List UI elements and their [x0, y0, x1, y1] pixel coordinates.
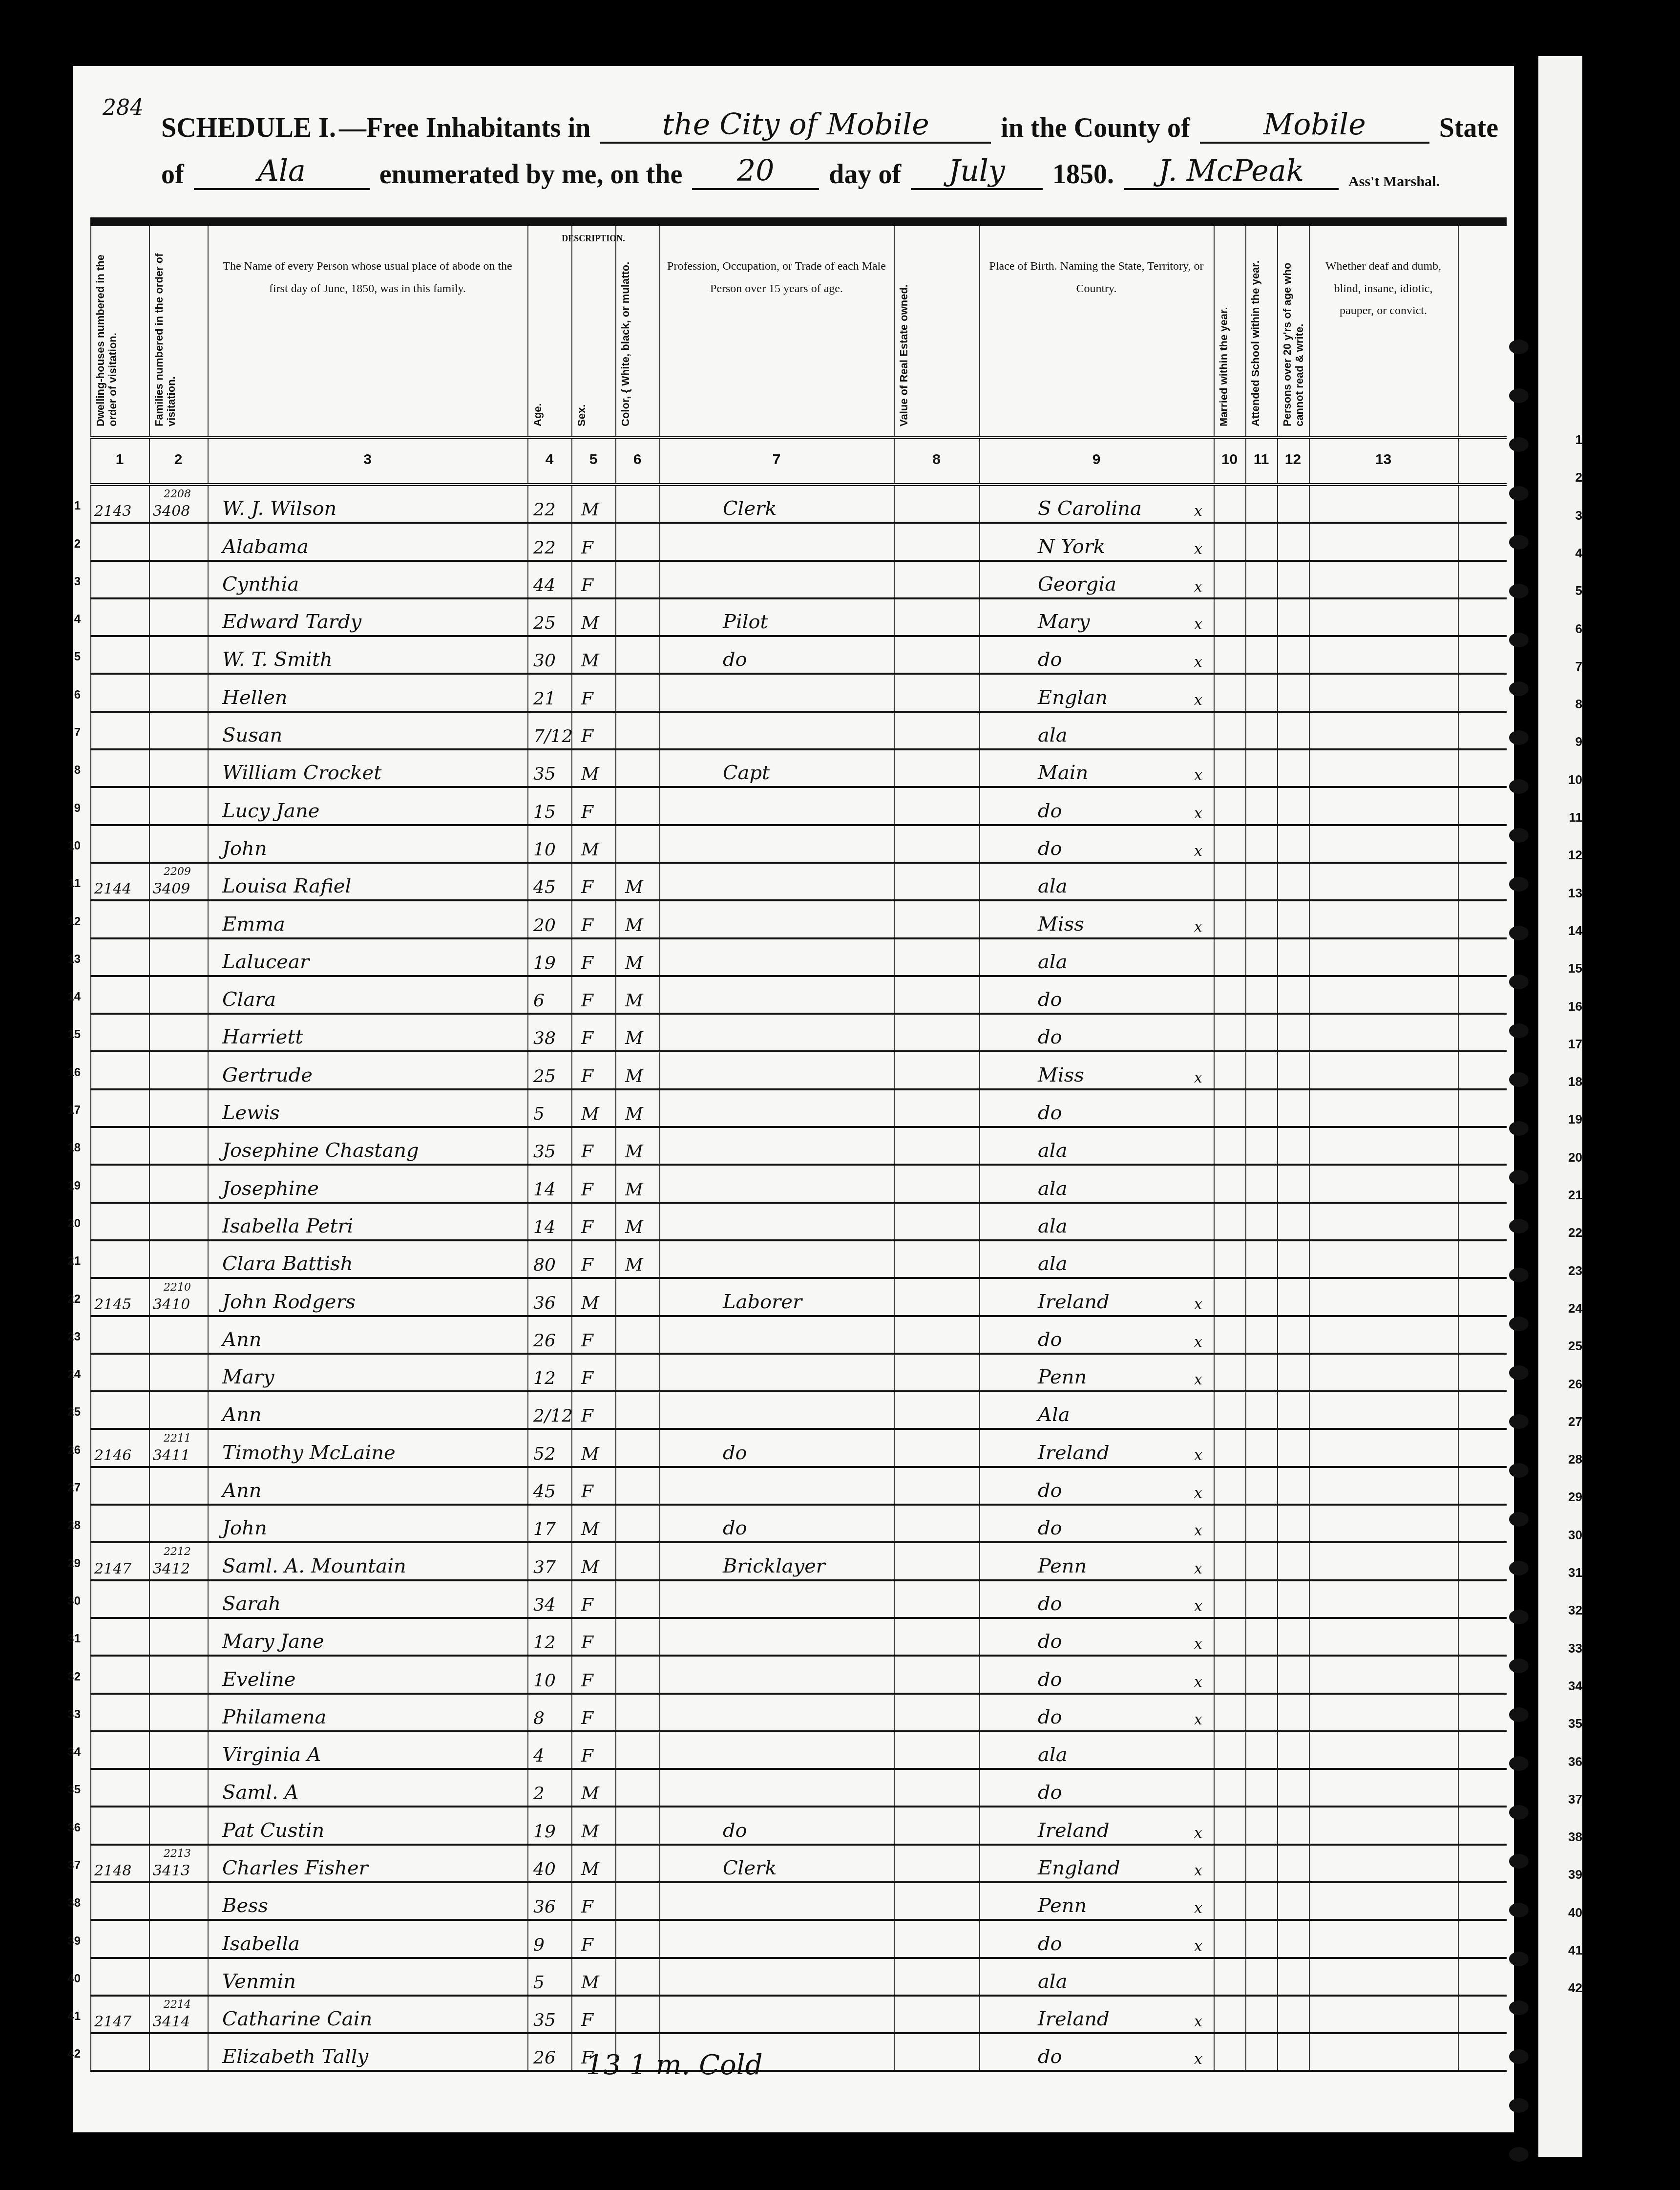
column-rule — [149, 1732, 150, 1768]
column-header-5: Sex. — [575, 236, 611, 426]
column-rule — [1309, 1619, 1310, 1655]
age-value: 10 — [533, 840, 556, 860]
age-value: 35 — [533, 2010, 556, 2030]
column-rule — [527, 750, 528, 786]
column-rule — [615, 1128, 616, 1164]
column-rule — [979, 901, 980, 937]
sex-value: M — [581, 500, 599, 520]
column-rule — [659, 1430, 660, 1466]
binding-hole — [1509, 1219, 1529, 1233]
column-rule — [90, 901, 91, 937]
next-page-line-number: 30 — [1568, 1528, 1582, 1543]
column-rule — [571, 1921, 572, 1956]
column-rule — [1309, 1279, 1310, 1315]
column-rule — [659, 1657, 660, 1692]
line-number: 2 — [56, 537, 81, 551]
next-page-line-number: 20 — [1568, 1150, 1582, 1165]
column-rule — [1245, 864, 1246, 899]
column-rule — [1277, 1921, 1278, 1956]
column-rule — [1277, 1883, 1278, 1919]
column-rule — [1309, 1090, 1310, 1126]
column-rule — [979, 1770, 980, 1806]
person-name: Lucy Jane — [222, 800, 319, 822]
column-rule — [615, 750, 616, 786]
column-rule — [659, 1128, 660, 1164]
person-name: Cynthia — [222, 573, 299, 595]
column-rule — [571, 864, 572, 899]
birthplace-value: do — [1038, 1026, 1062, 1048]
line-number: 32 — [56, 1670, 81, 1684]
line-number: 14 — [56, 990, 81, 1004]
column-10-mark: x — [1194, 1485, 1202, 1502]
column-rule — [149, 1846, 150, 1881]
census-table: Dwelling-houses numbered in the order of… — [90, 217, 1507, 2072]
age-value: 12 — [533, 1633, 556, 1653]
column-rule — [527, 788, 528, 824]
column-rule — [90, 1279, 91, 1315]
column-rule — [208, 1279, 209, 1315]
birthplace-value: Englan — [1038, 686, 1108, 709]
column-rule — [979, 1392, 980, 1428]
column-rule — [571, 1657, 572, 1692]
column-rule — [1458, 1506, 1459, 1541]
line-number: 42 — [56, 2047, 81, 2061]
column-rule — [615, 864, 616, 899]
person-name: Saml. A. Mountain — [222, 1555, 406, 1577]
age-value: 2/12 — [533, 1406, 573, 1426]
marshal-label: Ass't Marshal. — [1348, 173, 1440, 190]
occupation-value: Capt — [723, 762, 770, 784]
next-page-line-number: 7 — [1568, 659, 1582, 674]
column-rule — [894, 1997, 895, 2032]
line-number: 30 — [56, 1595, 81, 1608]
occupation-value: do — [723, 648, 747, 671]
next-page-line-number: 35 — [1568, 1716, 1582, 1731]
column-rule — [149, 1468, 150, 1504]
column-rule — [208, 486, 209, 522]
line-number: 18 — [56, 1141, 81, 1155]
column-number-5: 5 — [571, 451, 615, 468]
birthplace-value: do — [1038, 1630, 1062, 1653]
column-rule — [1277, 486, 1278, 522]
line-number: 22 — [56, 1293, 81, 1306]
column-rule — [90, 562, 91, 597]
family-number: 3408 — [153, 503, 190, 520]
column-rule — [1458, 1543, 1459, 1579]
binding-hole — [1509, 1512, 1529, 1527]
column-rule — [894, 1959, 895, 1995]
column-rule — [1214, 826, 1215, 862]
column-rule — [1309, 1695, 1310, 1730]
color-value: M — [625, 991, 643, 1011]
column-rule — [894, 1619, 895, 1655]
next-page-line-number: 22 — [1568, 1225, 1582, 1240]
table-header: Dwelling-houses numbered in the order of… — [90, 226, 1507, 439]
column-rule — [1277, 750, 1278, 786]
column-rule — [90, 637, 91, 673]
column-rule — [90, 486, 91, 522]
column-rule — [659, 1506, 660, 1541]
age-value: 80 — [533, 1255, 556, 1275]
column-rule — [1277, 1279, 1278, 1315]
column-rule — [1245, 1317, 1246, 1353]
sex-value: F — [581, 1633, 593, 1653]
column-rule — [527, 1997, 528, 2032]
column-rule — [894, 713, 895, 748]
column-rule — [1277, 1846, 1278, 1881]
column-rule — [527, 1846, 528, 1881]
column-rule — [90, 1241, 91, 1277]
column-rule — [208, 599, 209, 635]
sex-value: F — [581, 877, 593, 897]
column-rule — [894, 1468, 895, 1504]
birthplace-value: do — [1038, 648, 1062, 671]
column-number-9: 9 — [979, 451, 1214, 468]
next-page-line-number: 32 — [1568, 1603, 1582, 1618]
column-rule — [527, 1128, 528, 1164]
census-row: 8William Crocket35MCaptMainx — [90, 750, 1507, 788]
family-number: 3411 — [153, 1447, 190, 1464]
column-rule — [1245, 2034, 1246, 2070]
column-header-2: Families numbered in the order of visita… — [153, 236, 204, 426]
column-10-mark: x — [1194, 1711, 1202, 1728]
census-row: 23Ann26Fdox — [90, 1317, 1507, 1355]
next-page-line-number: 26 — [1568, 1377, 1582, 1392]
family-number-original: 2214 — [164, 1999, 191, 2011]
column-rule — [149, 750, 150, 786]
column-rule — [1214, 1355, 1215, 1390]
occupation-value: do — [723, 1517, 747, 1539]
column-10-mark: x — [1194, 1825, 1202, 1842]
person-name: Edward Tardy — [222, 611, 361, 633]
census-row: 17Lewis5MMdo — [90, 1090, 1507, 1128]
column-rule — [615, 1581, 616, 1617]
column-rule — [894, 1846, 895, 1881]
column-rule — [1309, 939, 1310, 975]
column-rule — [149, 1052, 150, 1088]
line-number: 27 — [56, 1481, 81, 1495]
binding-hole — [1509, 681, 1529, 696]
line-number: 37 — [56, 1859, 81, 1872]
column-rule — [527, 1317, 528, 1353]
column-rule — [1214, 599, 1215, 635]
column-rule — [1458, 1355, 1459, 1390]
column-rule — [894, 1921, 895, 1956]
column-10-mark: x — [1194, 1674, 1202, 1691]
person-name: Sarah — [222, 1593, 281, 1615]
family-number-original: 2210 — [164, 1281, 191, 1294]
column-rule — [149, 864, 150, 899]
column-rule — [571, 1883, 572, 1919]
column-rule — [571, 939, 572, 975]
column-rule — [979, 599, 980, 635]
line-number: 29 — [56, 1557, 81, 1571]
column-rule — [208, 1506, 209, 1541]
enumerated-label: enumerated by me, on the — [379, 159, 683, 190]
birthplace-value: Ireland — [1038, 2008, 1110, 2030]
column-rule — [527, 226, 528, 436]
column-rule — [571, 1997, 572, 2032]
column-rule — [149, 562, 150, 597]
column-rule — [1277, 562, 1278, 597]
birthplace-value: do — [1038, 1593, 1062, 1615]
sex-value: F — [581, 1255, 593, 1275]
column-rule — [1214, 864, 1215, 899]
binding-hole — [1509, 1365, 1529, 1380]
column-rule — [208, 1695, 209, 1730]
column-rule — [90, 524, 91, 559]
column-rule — [1214, 1770, 1215, 1806]
column-rule — [1214, 1732, 1215, 1768]
person-name: Ann — [222, 1479, 261, 1502]
column-rule — [1277, 1506, 1278, 1541]
column-rule — [571, 599, 572, 635]
sex-value: F — [581, 726, 593, 746]
column-10-mark: x — [1194, 654, 1202, 671]
dwelling-number: 2143 — [94, 503, 131, 520]
column-rule — [1245, 1543, 1246, 1579]
age-value: 5 — [533, 1973, 545, 1993]
column-10-mark: x — [1194, 616, 1202, 633]
birthplace-value: ala — [1038, 1177, 1068, 1200]
column-rule — [659, 977, 660, 1013]
column-rule — [90, 1052, 91, 1088]
column-rule — [1458, 637, 1459, 673]
column-rule — [1277, 1657, 1278, 1692]
age-value: 5 — [533, 1104, 545, 1124]
column-number-4: 4 — [527, 451, 571, 468]
family-number-original: 2213 — [164, 1848, 191, 1860]
column-rule — [90, 599, 91, 635]
column-rule — [659, 1468, 660, 1504]
column-rule — [1277, 977, 1278, 1013]
next-page-line-number: 17 — [1568, 1037, 1582, 1052]
line-number: 9 — [56, 802, 81, 815]
column-rule — [90, 1317, 91, 1353]
column-rule — [527, 1959, 528, 1995]
family-number-original: 2208 — [164, 488, 191, 500]
column-rule — [571, 1279, 572, 1315]
column-rule — [208, 901, 209, 937]
column-rule — [90, 1997, 91, 2032]
column-rule — [527, 675, 528, 710]
column-rule — [615, 675, 616, 710]
sex-value: M — [581, 1557, 599, 1577]
column-rule — [208, 1807, 209, 1843]
census-row: 1214334082208W. J. Wilson22MClerkS Carol… — [90, 486, 1507, 524]
column-rule — [1245, 1770, 1246, 1806]
column-rule — [208, 864, 209, 899]
column-rule — [979, 1959, 980, 1995]
person-name: John — [222, 837, 267, 860]
column-rule — [1309, 524, 1310, 559]
column-rule — [1214, 1166, 1215, 1201]
census-page: 284 SCHEDULE I. —Free Inhabitants in the… — [73, 66, 1514, 2132]
column-rule — [1214, 1015, 1215, 1050]
column-rule — [527, 486, 528, 522]
column-rule — [894, 1052, 895, 1088]
binding-hole — [1509, 340, 1529, 354]
dwelling-number: 2146 — [94, 1447, 131, 1464]
column-rule — [615, 1846, 616, 1881]
person-name: Gertrude — [222, 1064, 313, 1086]
census-row: 35Saml. A2Mdo — [90, 1770, 1507, 1807]
person-name: Charles Fisher — [222, 1857, 368, 1879]
column-number-13: 13 — [1309, 451, 1458, 468]
column-rule — [149, 1430, 150, 1466]
column-rule — [615, 713, 616, 748]
column-rule — [90, 226, 91, 436]
next-page-line-number: 9 — [1568, 734, 1582, 749]
column-10-mark: x — [1194, 2051, 1202, 2068]
column-rule — [90, 1846, 91, 1881]
next-page-line-number: 39 — [1568, 1867, 1582, 1882]
column-rule — [894, 1732, 895, 1768]
column-rule — [894, 675, 895, 710]
year-label: 1850. — [1052, 159, 1114, 190]
binding-hole — [1509, 1561, 1529, 1575]
birthplace-value: do — [1038, 1933, 1062, 1955]
column-rule — [571, 1468, 572, 1504]
column-rule — [659, 1166, 660, 1201]
column-header-6: Color, { White, black, or mulatto. — [619, 236, 655, 426]
column-rule — [659, 1770, 660, 1806]
column-number-row: 12345678910111213 — [90, 439, 1507, 486]
column-rule — [659, 486, 660, 522]
person-name: Clara — [222, 988, 276, 1011]
census-row: 11214434092209Louisa Rafiel45FMala — [90, 864, 1507, 901]
column-rule — [149, 1166, 150, 1201]
birthplace-value: Mary — [1038, 611, 1090, 633]
next-page-line-number: 29 — [1568, 1489, 1582, 1505]
column-rule — [615, 1921, 616, 1956]
person-name: Ann — [222, 1403, 261, 1426]
column-rule — [1277, 788, 1278, 824]
column-rule — [149, 1204, 150, 1239]
column-rule — [1245, 1807, 1246, 1843]
person-name: Josephine — [222, 1177, 319, 1200]
column-rule — [208, 524, 209, 559]
column-rule — [659, 826, 660, 862]
next-page-line-number: 27 — [1568, 1414, 1582, 1429]
column-rule — [894, 1506, 895, 1541]
column-rule — [149, 1090, 150, 1126]
column-rule — [1277, 1770, 1278, 1806]
birthplace-value: do — [1038, 2045, 1062, 2068]
next-page-line-number: 33 — [1568, 1641, 1582, 1656]
column-rule — [90, 864, 91, 899]
column-rule — [659, 1581, 660, 1617]
column-rule — [571, 1204, 572, 1239]
binding-hole — [1509, 1072, 1529, 1087]
color-value: M — [625, 1217, 643, 1237]
column-rule — [1245, 1279, 1246, 1315]
birthplace-value: Penn — [1038, 1894, 1087, 1917]
occupation-value: Clerk — [723, 1857, 777, 1879]
age-value: 4 — [533, 1746, 545, 1766]
column-rule — [571, 1506, 572, 1541]
column-rule — [149, 1241, 150, 1277]
binding-hole — [1509, 2049, 1529, 2064]
column-rule — [615, 826, 616, 862]
column-10-mark: x — [1194, 2013, 1202, 2030]
binding-hole — [1509, 1854, 1529, 1869]
column-rule — [979, 977, 980, 1013]
column-rule — [1458, 1846, 1459, 1881]
column-rule — [208, 750, 209, 786]
column-rule — [894, 1657, 895, 1692]
column-rule — [1309, 1204, 1310, 1239]
column-rule — [1214, 1846, 1215, 1881]
column-rule — [894, 1090, 895, 1126]
column-rule — [571, 562, 572, 597]
column-rule — [1309, 1543, 1310, 1579]
column-number-1: 1 — [90, 451, 149, 468]
column-rule — [894, 1807, 895, 1843]
column-rule — [1309, 1657, 1310, 1692]
column-rule — [894, 226, 895, 436]
sex-value: M — [581, 1784, 599, 1804]
census-row: 6Hellen21FEnglanx — [90, 675, 1507, 712]
color-value: M — [625, 953, 643, 973]
person-name: Philamena — [222, 1706, 326, 1728]
next-page-line-number: 21 — [1568, 1188, 1582, 1203]
census-row: 24Mary12FPennx — [90, 1355, 1507, 1392]
column-rule — [90, 1770, 91, 1806]
sex-value: M — [581, 1104, 599, 1124]
column-rule — [894, 1317, 895, 1353]
column-rule — [1458, 750, 1459, 786]
column-rule — [1277, 1241, 1278, 1277]
column-rule — [1458, 1128, 1459, 1164]
column-rule — [979, 524, 980, 559]
next-page-line-number: 31 — [1568, 1565, 1582, 1580]
column-rule — [527, 1279, 528, 1315]
column-rule — [1245, 939, 1246, 975]
column-rule — [894, 788, 895, 824]
birthplace-value: do — [1038, 1706, 1062, 1728]
column-rule — [1245, 750, 1246, 786]
column-rule — [979, 1279, 980, 1315]
next-page-line-number: 25 — [1568, 1339, 1582, 1354]
column-rule — [1214, 1392, 1215, 1428]
sex-value: M — [581, 1444, 599, 1464]
occupation-value: Bricklayer — [723, 1555, 825, 1577]
census-row: 16Gertrude25FMMissx — [90, 1052, 1507, 1090]
column-rule — [1245, 1052, 1246, 1088]
column-rule — [527, 1430, 528, 1466]
column-rule — [208, 1090, 209, 1126]
line-number: 41 — [56, 2010, 81, 2023]
age-value: 30 — [533, 651, 556, 671]
census-row: 9Lucy Jane15Fdox — [90, 788, 1507, 826]
column-rule — [979, 1317, 980, 1353]
sex-value: F — [581, 2010, 593, 2030]
column-rule — [615, 1506, 616, 1541]
column-rule — [208, 1619, 209, 1655]
dwelling-number: 2147 — [94, 1560, 131, 1577]
next-page-line-number: 6 — [1568, 621, 1582, 637]
sex-value: F — [581, 991, 593, 1011]
column-rule — [979, 1921, 980, 1956]
column-rule — [1309, 562, 1310, 597]
column-rule — [149, 1921, 150, 1956]
column-rule — [1309, 1128, 1310, 1164]
column-rule — [1277, 1959, 1278, 1995]
binding-hole — [1509, 584, 1529, 598]
column-rule — [1245, 562, 1246, 597]
column-rule — [571, 1770, 572, 1806]
